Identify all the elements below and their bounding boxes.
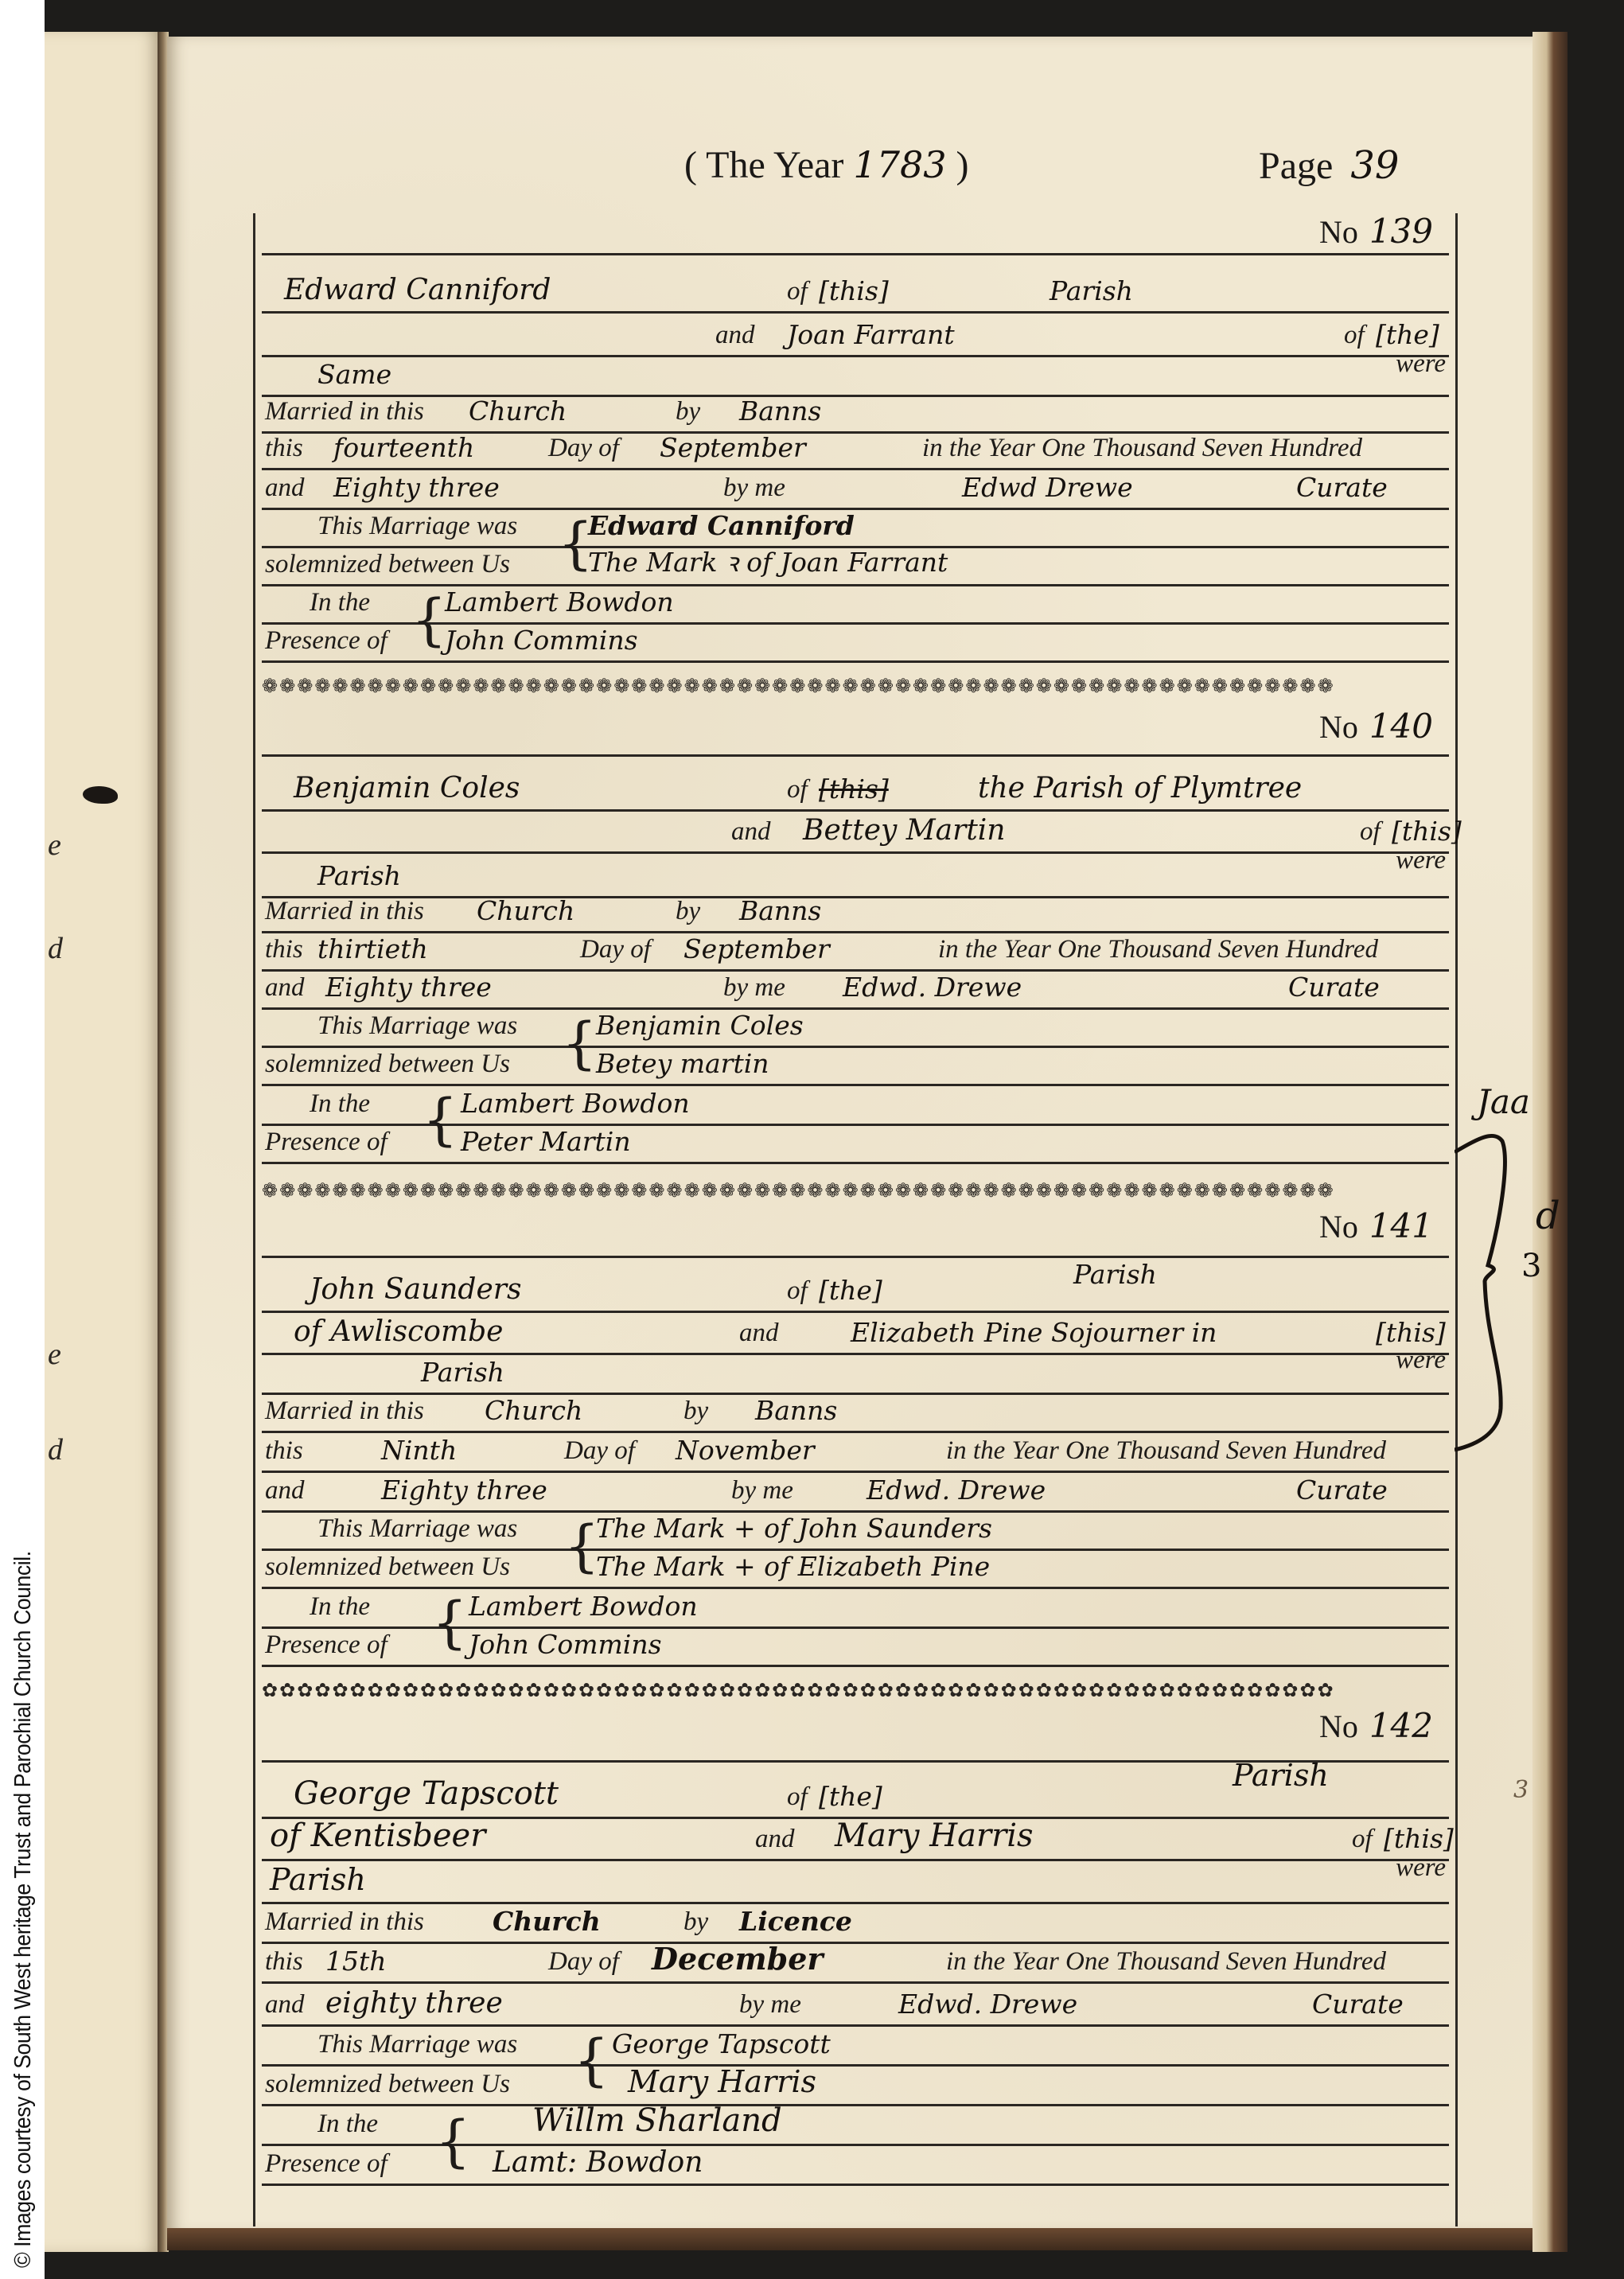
groom-parish: the Parish of Plymtree [978, 772, 1302, 804]
marriage-day: 15th [325, 1946, 387, 1977]
witness-1: Lambert Bowdon [469, 1591, 698, 1622]
solemnized-row-2: solemnized between Us Betey martin [262, 1046, 1449, 1086]
ornamental-divider: ✿✿✿✿✿✿✿✿✿✿✿✿✿✿✿✿✿✿✿✿✿✿✿✿✿✿✿✿✿✿✿✿✿✿✿✿✿✿✿✿… [262, 1679, 1449, 1701]
minister-name: Edwd Drewe [962, 472, 1133, 503]
margin-note-mid-2: 3 [1521, 1248, 1541, 1284]
married-in-row: Married in this Church by Banns [262, 896, 1449, 933]
solemnized-row-2: solemnized between Us The Mark + of Eliz… [262, 1549, 1449, 1589]
solemnized-row-1: This Marriage was Edward Canniford [262, 508, 1449, 548]
witness-2: Peter Martin [461, 1126, 631, 1157]
year-value: 1783 [853, 143, 946, 186]
groom-of: [this] [819, 773, 889, 804]
solemnized-row-1: This Marriage was Benjamin Coles [262, 1007, 1449, 1048]
minister-title: Curate [1296, 1475, 1388, 1506]
bride-row: of Awliscombe and Elizabeth Pine Sojourn… [262, 1308, 1449, 1355]
groom-origin: of Kentisbeer [270, 1817, 485, 1854]
copyright-notice: © Images courtesy of South West heritage… [10, 1551, 37, 2268]
groom-name: Edward Canniford [284, 274, 551, 306]
minister-title: Curate [1288, 972, 1380, 1003]
bride-parish-row: Parish were [262, 851, 1449, 898]
solemnized-row-1: This Marriage was The Mark + of John Sau… [262, 1510, 1449, 1551]
groom-name: John Saunders [310, 1273, 521, 1306]
left-page-fragment: d [48, 931, 63, 966]
groom-of: [the] [819, 1275, 882, 1306]
marriage-month: November [676, 1435, 815, 1466]
groom-name: Benjamin Coles [294, 772, 520, 804]
married-in-row: Married in this Church by Licence [262, 1902, 1449, 1944]
bride-parish: Parish [317, 860, 401, 891]
bride-parish: Same [317, 359, 391, 390]
page-number-heading: Page39 [1259, 143, 1399, 188]
signature-2: The Mark + of Elizabeth Pine [596, 1551, 990, 1582]
solemnized-row-1: This Marriage was George Tapscott [262, 2024, 1449, 2067]
bride-parish-row: Parish were [262, 1859, 1449, 1904]
groom-parish: Parish [1073, 1259, 1157, 1290]
signature-1: Edward Canniford [588, 510, 855, 541]
margin-brace-icon [1455, 1130, 1526, 1464]
marriage-place: Church [469, 395, 567, 427]
signature-1: Benjamin Coles [596, 1010, 804, 1041]
marriage-place: Church [493, 1906, 601, 1937]
groom-parish: Parish [1050, 275, 1133, 306]
date-row: this thirtieth Day of September in the Y… [262, 931, 1449, 972]
entry-number: No141 [1319, 1206, 1433, 1245]
date-row: this Ninth Day of November in the Year O… [262, 1431, 1449, 1473]
marriage-method: Licence [739, 1906, 852, 1937]
witness-1: Willm Sharland [532, 2102, 782, 2139]
bride-of: [this] [1384, 1823, 1454, 1854]
brace-icon: { [558, 516, 594, 571]
margin-note-top: Jaa [1477, 1082, 1530, 1121]
copyright-strip: © Images courtesy of South West heritage… [0, 0, 45, 2279]
groom-row: Edward Canniford of [this] Parish [262, 253, 1449, 314]
bride-name: Bettey Martin [803, 814, 1005, 847]
minister-row: and Eighty three by me Edwd. Drewe Curat… [262, 1471, 1449, 1513]
left-page-fragment: e [48, 828, 61, 863]
left-page-edge: e d e d [45, 32, 162, 2252]
page-number: 39 [1350, 143, 1399, 188]
marriage-place: Church [477, 895, 574, 926]
witness-2: Lamt: Bowdon [493, 2146, 703, 2179]
minister-title: Curate [1296, 472, 1388, 503]
brace-icon: { [411, 592, 447, 648]
minister-name: Edwd. Drewe [867, 1475, 1046, 1506]
bride-of: [the] [1376, 319, 1439, 350]
marriage-day: thirtieth [317, 933, 428, 964]
brace-icon: { [432, 1595, 468, 1650]
bride-of: [this] [1376, 1317, 1446, 1348]
year-heading: ( The Year 1783 ) [684, 143, 968, 187]
entry-number: No139 [1319, 212, 1433, 251]
brace-icon: { [435, 2113, 471, 2169]
married-in-row: Married in this Church by Banns [262, 1393, 1449, 1433]
ornamental-divider: ❁❁❁❁❁❁❁❁❁❁❁❁❁❁❁❁❁❁❁❁❁❁❁❁❁❁❁❁❁❁❁❁❁❁❁❁❁❁❁❁… [262, 1179, 1449, 1202]
bride-parish-row: Same were [262, 355, 1449, 397]
signature-2: Mary Harris [628, 2064, 816, 2099]
groom-of: [the] [819, 1781, 882, 1812]
year-words: eighty three [325, 1987, 503, 2020]
left-page-fragment: e [48, 1337, 61, 1372]
marriage-month: September [660, 432, 806, 463]
marriage-register: No139 Edward Canniford of [this] Parish … [253, 213, 1458, 2226]
margin-note-mid-1: d [1536, 1194, 1560, 1238]
solemnized-row-2: solemnized between Us The Mark ꝛ of Joan… [262, 546, 1449, 586]
bride-row: and Joan Farrant of [the] [262, 309, 1449, 357]
brace-icon: { [564, 1518, 600, 1574]
bride-row: of Kentisbeer and Mary Harris of [this] [262, 1814, 1449, 1861]
bride-name: Joan Farrant [787, 319, 955, 350]
bride-name: Elizabeth Pine Sojourner in [851, 1317, 1217, 1348]
signature-1: George Tapscott [612, 2028, 831, 2059]
ornamental-divider: ❁❁❁❁❁❁❁❁❁❁❁❁❁❁❁❁❁❁❁❁❁❁❁❁❁❁❁❁❁❁❁❁❁❁❁❁❁❁❁❁… [262, 675, 1449, 697]
bride-of: [this] [1392, 816, 1462, 847]
marriage-day: fourteenth [333, 432, 474, 463]
groom-row: John Saunders of [the] Parish [262, 1256, 1449, 1313]
solemnized-row-2: solemnized between Us Mary Harris [262, 2064, 1449, 2106]
marriage-method: Banns [755, 1395, 837, 1426]
marriage-month: September [683, 933, 830, 964]
bride-row: and Bettey Martin of [this] [262, 807, 1449, 854]
brace-icon: { [423, 1092, 458, 1147]
marriage-method: Banns [739, 395, 821, 427]
signature-1: The Mark + of John Saunders [596, 1513, 992, 1544]
groom-row: George Tapscott of [the] Parish [262, 1760, 1449, 1819]
bride-name: Mary Harris [835, 1817, 1034, 1854]
witness-1: Lambert Bowdon [461, 1088, 690, 1119]
groom-of: [this] [819, 275, 889, 306]
entry-number: No140 [1319, 707, 1433, 746]
brace-icon: { [562, 1015, 598, 1071]
groom-origin: of Awliscombe [294, 1315, 503, 1348]
minister-row: and Eighty three by me Edwd Drewe Curate [262, 468, 1449, 510]
left-page-fragment: d [48, 1432, 63, 1467]
groom-row: Benjamin Coles of [this] the Parish of P… [262, 754, 1449, 812]
year-words: Eighty three [333, 472, 500, 503]
groom-parish: Parish [1233, 1758, 1329, 1793]
minister-row: and Eighty three by me Edwd. Drewe Curat… [262, 969, 1449, 1010]
date-row: this fourteenth Day of September in the … [262, 431, 1449, 470]
year-words: Eighty three [381, 1475, 547, 1506]
page-bottom-edge [167, 2228, 1532, 2250]
married-in-row: Married in this Church by Banns [262, 395, 1449, 434]
margin-note-lower: 3 [1513, 1776, 1529, 1804]
marriage-day: Ninth [381, 1435, 457, 1466]
witness-2: John Commins [469, 1629, 662, 1660]
witness-2: John Commins [445, 625, 638, 656]
marriage-month: December [652, 1941, 823, 1977]
bride-parish: Parish [421, 1357, 504, 1388]
minister-name: Edwd. Drewe [843, 972, 1022, 1003]
marriage-method: Banns [739, 895, 821, 926]
signature-2: The Mark ꝛ of Joan Farrant [588, 543, 948, 579]
year-words: Eighty three [325, 972, 492, 1003]
ink-blot [83, 786, 118, 804]
minister-name: Edwd. Drewe [898, 1989, 1077, 2020]
bride-parish: Parish [270, 1862, 366, 1897]
witness-1: Lambert Bowdon [445, 586, 674, 617]
date-row: this 15th Day of December in the Year On… [262, 1942, 1449, 1984]
minister-row: and eighty three by me Edwd. Drewe Curat… [262, 1981, 1449, 2027]
bride-parish-row: Parish were [262, 1353, 1449, 1395]
marriage-place: Church [485, 1395, 582, 1426]
groom-name: George Tapscott [294, 1775, 559, 1812]
minister-title: Curate [1312, 1989, 1404, 2020]
signature-2: Betey martin [596, 1048, 769, 1079]
entry-number: No142 [1319, 1706, 1433, 1745]
book-binding-edge [1532, 32, 1568, 2252]
brace-icon: { [574, 2032, 609, 2088]
